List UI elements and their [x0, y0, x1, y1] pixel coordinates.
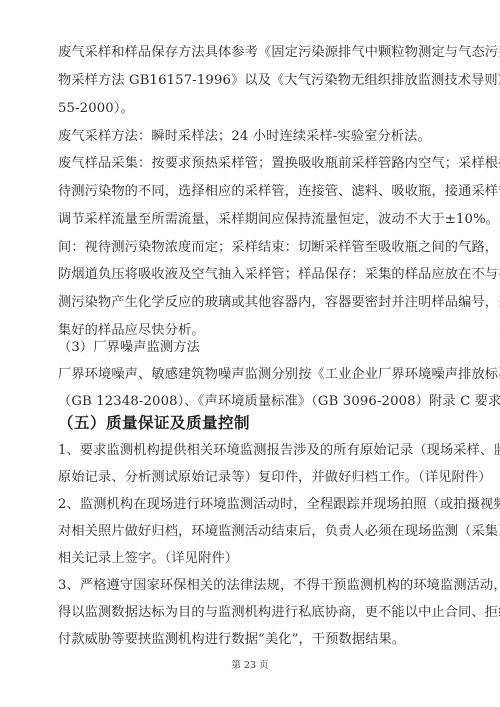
list-item-line: 1、要求监测机构提供相关环境监测报告涉及的所有原始记录（现场采样、监测 — [58, 443, 468, 459]
text-line: 55-2000）。 — [58, 101, 468, 117]
text-line: 防烟道负压将吸收液及空气抽入采样管；样品保存：采集的样品应放在不与被 — [58, 267, 468, 283]
text-line: 废气采样和样品保存方法具体参考《固定污染源排气中颗粒物测定与气态污染 — [58, 45, 468, 61]
document-page: 废气采样和样品保存方法具体参考《固定污染源排气中颗粒物测定与气态污染 物采样方法… — [0, 0, 500, 707]
text-line: 厂界环境噪声、敏感建筑物噪声监测分别按《工业企业厂界环境噪声排放标准》 — [58, 367, 468, 383]
list-item-line: 付款威胁等要挟监测机构进行数据“美化”，干预数据结果。 — [58, 632, 468, 648]
text-line: 间：视待测污染物浓度而定；采样结束：切断采样管至吸收瓶之间的气路，以 — [58, 240, 468, 256]
text-line: （GB 12348-2008）、《声环境质量标准》（GB 3096-2008）附… — [58, 394, 468, 410]
text-line: 废气采样方法：瞬时采样法；24 小时连续采样-实验室分析法。 — [58, 129, 468, 145]
page-number: 第 23 页 — [0, 657, 500, 671]
text-line: 待测污染物的不同，选择相应的采样管，连接管、滤料、吸收瓶，接通采样管路， — [58, 184, 468, 200]
list-item-line: 对相关照片做好归档，环境监测活动结束后，负责人必须在现场监测（采集） — [58, 524, 468, 540]
text-line: 集好的样品应尽快分析。 — [58, 323, 468, 339]
list-item-line: 2、监测机构在现场进行环境监测活动时，全程跟踪并现场拍照（或拍摄视频）， — [58, 497, 468, 513]
section-heading: （五）质量保证及质量控制 — [58, 414, 250, 432]
list-item-line: 原始记录、分析测试原始记录等）复印件，并做好归档工作。（详见附件） — [58, 470, 468, 486]
subsection-title: （3）厂界噪声监测方法 — [58, 340, 468, 356]
page-edge-mark — [486, 275, 500, 335]
text-line: 测污染物产生化学反应的玻璃或其他容器内，容器要密封并注明样品编号，采 — [58, 295, 468, 311]
text-line: 废气样品采集：按要求预热采样管；置换吸收瓶前采样管路内空气；采样根据 — [58, 156, 468, 172]
text-line: 调节采样流量至所需流量，采样期间应保持流量恒定，波动不大于±10%。采样时 — [58, 212, 468, 228]
list-item-line: 得以监测数据达标为目的与监测机构进行私底协商，更不能以中止合同、拒绝 — [58, 605, 468, 621]
text-line: 物采样方法 GB16157-1996》以及《大气污染物无组织排放监测技术导则》（… — [58, 73, 468, 89]
list-item-line: 相关记录上签字。（详见附件） — [58, 551, 468, 567]
list-item-line: 3、严格遵守国家环保相关的法律法规，不得干预监测机构的环境监测活动，不 — [58, 578, 468, 594]
